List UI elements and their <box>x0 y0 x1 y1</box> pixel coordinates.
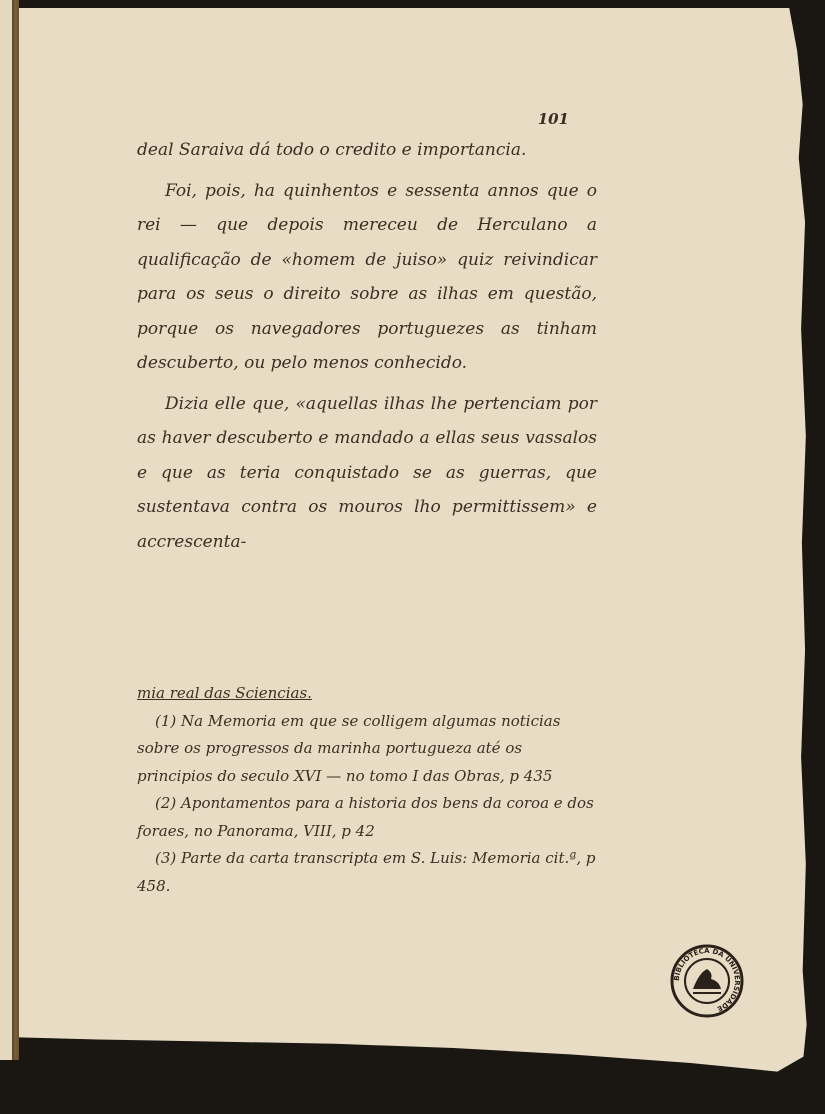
paragraph-3: Dizia elle que, «aquellas ilhas lhe pert… <box>137 387 597 560</box>
page-number: 101 <box>538 110 569 128</box>
paragraph-2: Foi, pois, ha quinhentos e sessenta anno… <box>137 174 597 381</box>
footnote-1: (1) Na Memoria em que se colligem alguma… <box>137 708 597 791</box>
footnote-2: (2) Apontamentos para a historia dos ben… <box>137 790 597 845</box>
footnotes: mia real das Sciencias. (1) Na Memoria e… <box>137 680 597 900</box>
paragraph-1: deal Saraiva dá todo o credito e importa… <box>137 133 597 168</box>
main-text: deal Saraiva dá todo o credito e importa… <box>137 133 597 559</box>
footnote-continuation: mia real das Sciencias. <box>137 680 597 708</box>
library-stamp-icon: BIBLIOTECA DA UNIVERSIDADE <box>669 943 745 1019</box>
manuscript-page: 101 deal Saraiva dá todo o credito e imp… <box>19 8 809 1078</box>
book-binding <box>12 0 19 1060</box>
facing-page-edge <box>0 0 12 1060</box>
footnote-3: (3) Parte da carta transcripta em S. Lui… <box>137 845 597 900</box>
